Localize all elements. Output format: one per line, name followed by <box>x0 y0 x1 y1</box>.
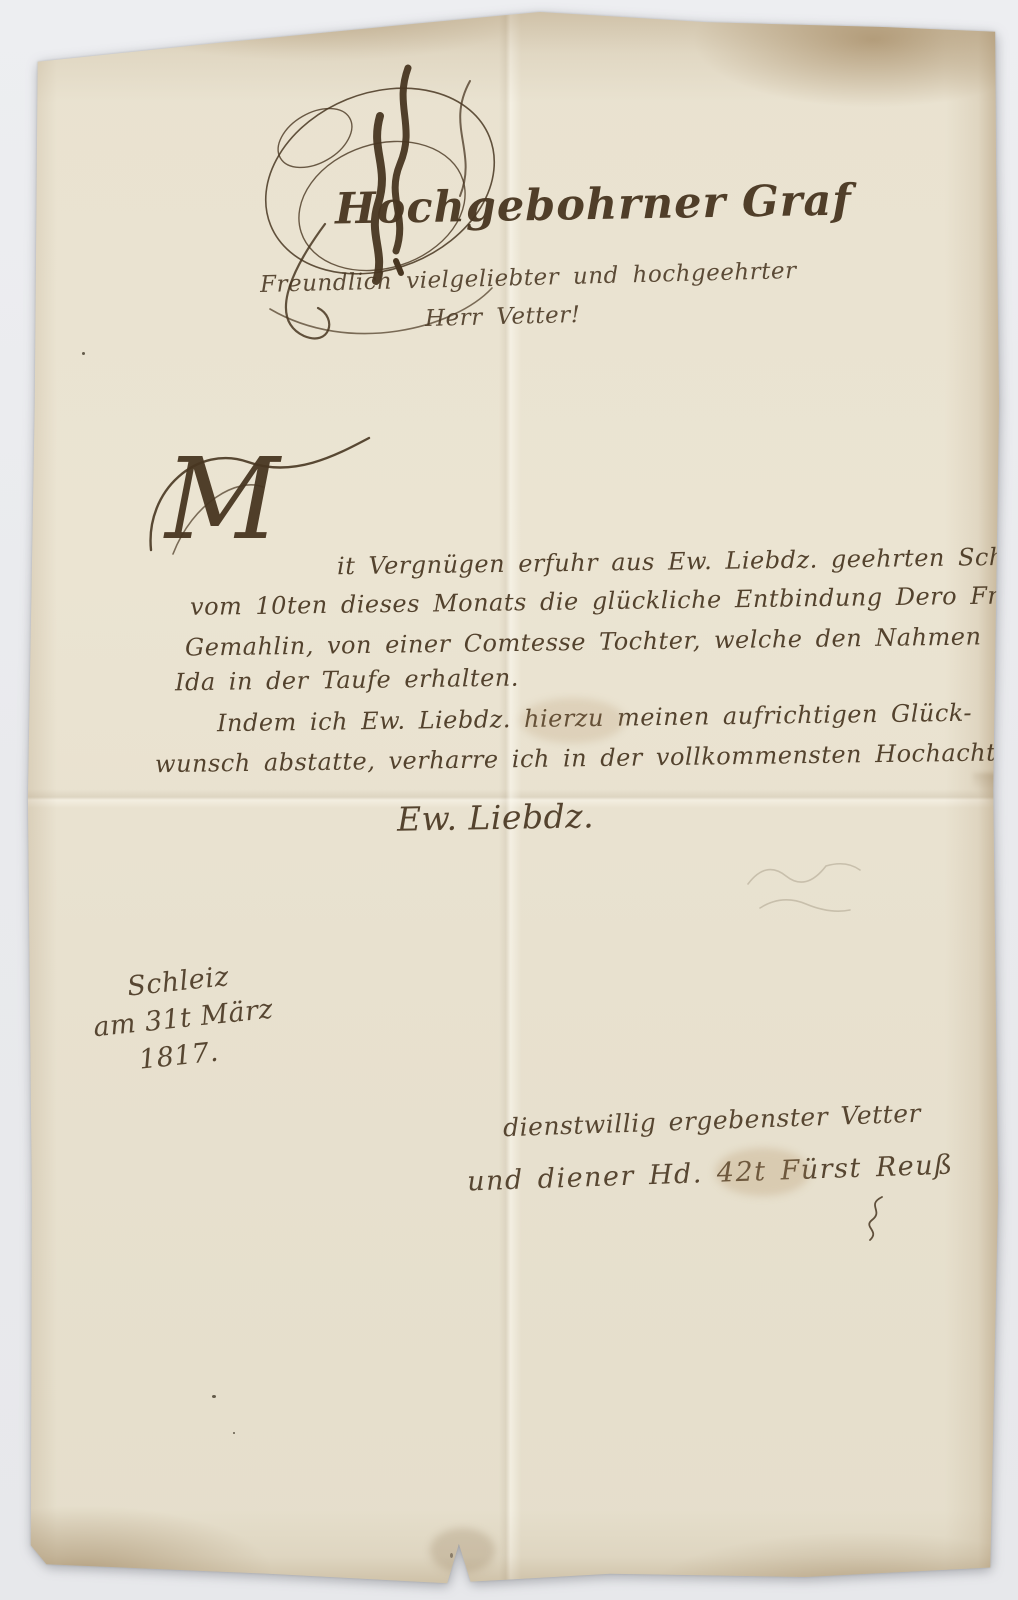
paper-speck <box>450 1553 453 1558</box>
body-initial: M <box>165 444 280 556</box>
pencil-annotation <box>740 846 880 931</box>
letter-title: Hochgebohrner Graf <box>335 175 853 234</box>
letter-paper: Hochgebohrner Graf Freundlich vielgelieb… <box>25 8 1000 1588</box>
body-line: it Vergnügen erfuhr aus Ew. Liebdz. geeh… <box>337 542 1018 580</box>
paper-speck <box>233 1432 235 1434</box>
paper-stain-signature <box>715 1148 810 1196</box>
closing-line: Ew. Liebdz. <box>397 796 595 838</box>
paper-stain-body <box>520 698 625 743</box>
paper-stain-notch <box>430 1528 495 1573</box>
paper-shadow-wrap: Hochgebohrner Graf Freundlich vielgelieb… <box>0 0 1018 1600</box>
body-line: wunsch abstatte, verharre ich in der vol… <box>155 738 1018 778</box>
body-line: vom 10ten dieses Monats die glückliche E… <box>190 581 1018 621</box>
signature-line-2: und diener Hd. 42t Fürst Reuß <box>467 1150 955 1198</box>
body-line: Gemahlin, von einer Comtesse Tochter, we… <box>185 622 982 661</box>
photograph-background: Hochgebohrner Graf Freundlich vielgelieb… <box>0 0 1018 1600</box>
dateline-block: Schleiz am 31t März 1817. <box>88 954 279 1083</box>
signature-paraph <box>858 1193 888 1243</box>
salutation-line-2: Herr Vetter! <box>425 302 581 332</box>
paper-speck <box>82 352 85 355</box>
body-line: Ida in der Taufe erhalten. <box>175 664 519 697</box>
paper-crease-right-edge <box>973 773 997 807</box>
paper-speck <box>212 1395 216 1398</box>
signature-line-1: dienstwillig ergebenster Vetter <box>503 1099 922 1143</box>
